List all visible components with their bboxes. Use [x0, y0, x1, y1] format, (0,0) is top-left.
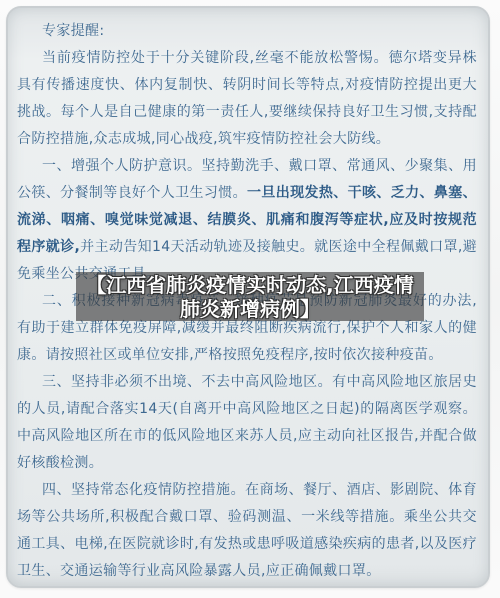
- paragraph: 三、坚持非必须不出境、不去中高风险地区。有中高风险地区旅居史的人员,请配合落实1…: [17, 369, 477, 477]
- paragraph: 四、坚持常态化疫情防控措施。在商场、餐厅、酒店、影剧院、体育场等公共场所,积极配…: [17, 477, 477, 585]
- overlay-title-line1: 【江西省肺炎疫情实时动态,江西疫情: [86, 273, 414, 297]
- paragraph: 当前疫情防控处于十分关键阶段,丝毫不能放松警惕。德尔塔变异株具有传播速度快、体内…: [17, 45, 477, 153]
- page-background: 专家提醒: 当前疫情防控处于十分关键阶段,丝毫不能放松警惕。德尔塔变异株具有传播…: [0, 0, 500, 598]
- text-run: 四、坚持常态化疫情防控措施。在商场、餐厅、酒店、影剧院、体育场等公共场所,积极配…: [17, 482, 477, 579]
- paragraph: 一、增强个人防护意识。坚持勤洗手、戴口罩、常通风、少聚集、用公筷、分餐制等良好个…: [17, 153, 477, 288]
- overlay-title-line2: 肺炎新增病例】: [180, 297, 320, 321]
- title-overlay: 【江西省肺炎疫情实时动态,江西疫情 肺炎新增病例】: [76, 272, 424, 321]
- document-title: 专家提醒:: [17, 18, 477, 45]
- text-run: 当前疫情防控处于十分关键阶段,丝毫不能放松警惕。德尔塔变异株具有传播速度快、体内…: [17, 50, 477, 147]
- text-run: 三、坚持非必须不出境、不去中高风险地区。有中高风险地区旅居史的人员,请配合落实1…: [17, 374, 477, 471]
